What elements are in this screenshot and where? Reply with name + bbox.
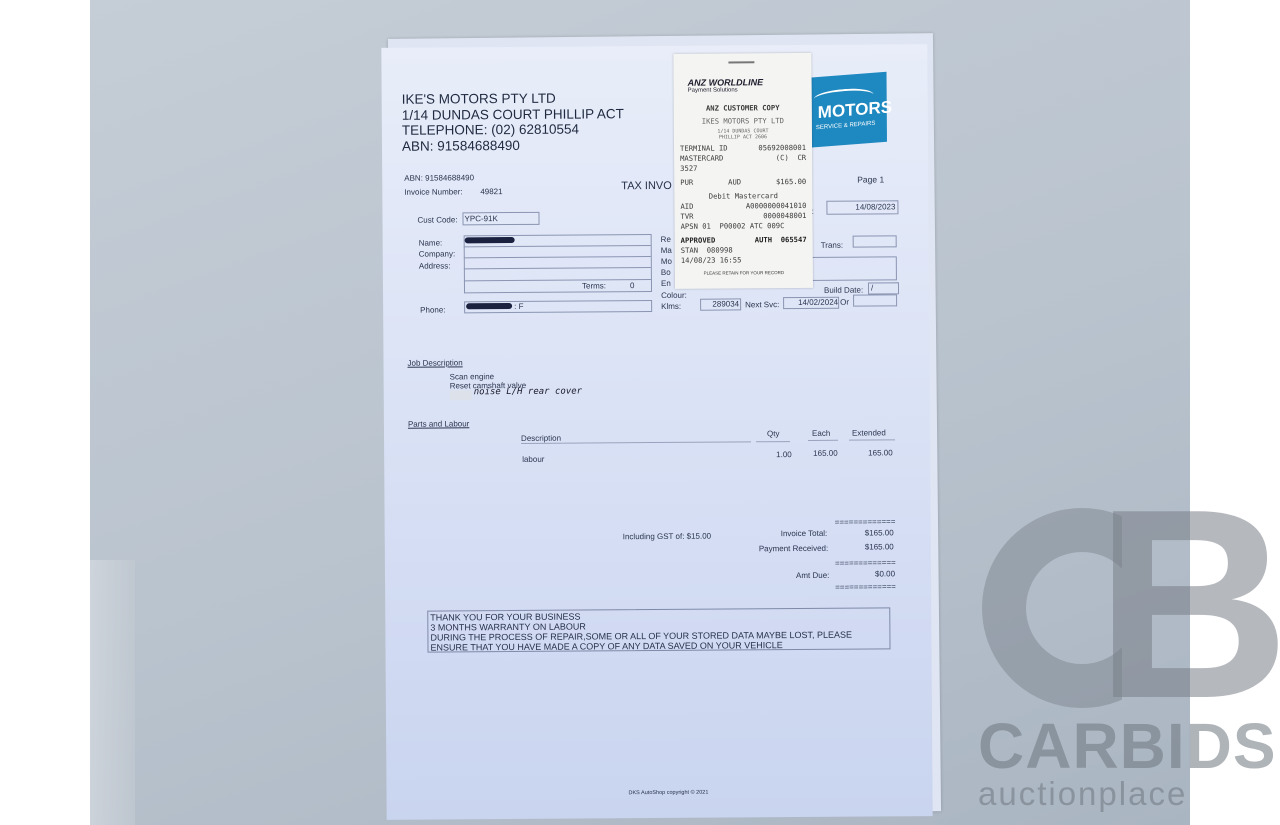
footer-line: ENSURE THAT YOU HAVE MADE A COPY OF ANY … bbox=[430, 639, 887, 652]
company-label: Company: bbox=[419, 249, 456, 258]
invoice-date: 14/08/2023 bbox=[826, 200, 898, 215]
watermark-monogram: B bbox=[1095, 470, 1280, 740]
card-last4: 3527 bbox=[680, 164, 697, 173]
gst-note: Including GST of: $15.00 bbox=[623, 532, 711, 542]
cust-code: YPC-91K bbox=[462, 212, 539, 226]
or-label: Or bbox=[840, 298, 849, 307]
name-label: Name: bbox=[419, 238, 443, 247]
plastic-bag bbox=[90, 560, 135, 825]
card-type: Debit Mastercard bbox=[674, 191, 812, 201]
receipt-merchant: IKES MOTORS PTY LTD bbox=[674, 116, 812, 126]
vehicle-label-make: Ma bbox=[661, 246, 672, 255]
staple-icon bbox=[728, 61, 754, 63]
amt-due: $0.00 bbox=[875, 569, 895, 578]
pur-label: PUR bbox=[680, 178, 693, 187]
company-header: IKE'S MOTORS PTY LTD 1/14 DUNDAS COURT P… bbox=[402, 90, 625, 154]
invoice-number: 49821 bbox=[480, 187, 502, 196]
payment-received-label: Payment Received: bbox=[759, 544, 828, 553]
separator: ============= bbox=[835, 558, 896, 567]
next-svc-date: 14/02/2024 bbox=[783, 297, 839, 309]
redacted-name bbox=[465, 237, 515, 243]
payment-receipt: ANZ WORLDLINE Payment Solutions ANZ CUST… bbox=[673, 53, 813, 289]
terms-label: Terms: bbox=[582, 281, 606, 290]
col-description: Description bbox=[521, 434, 561, 443]
job-line: Scan engine bbox=[450, 372, 495, 381]
separator: ============= bbox=[835, 582, 896, 591]
redacted-phone bbox=[466, 303, 512, 309]
phone-suffix: : F bbox=[514, 302, 523, 311]
footer-notes: THANK YOU FOR YOUR BUSINESS 3 MONTHS WAR… bbox=[427, 607, 890, 652]
terminal-label: TERMINAL ID bbox=[680, 144, 728, 153]
invoice-total: $165.00 bbox=[865, 528, 894, 537]
or-box bbox=[853, 294, 897, 306]
col-each: Each bbox=[812, 429, 830, 438]
col-qty: Qty bbox=[767, 429, 780, 438]
tvr-label: TVR bbox=[680, 212, 693, 221]
kms-label: Klms: bbox=[661, 302, 681, 311]
row-description: labour bbox=[522, 455, 544, 464]
page-number: Page 1 bbox=[857, 174, 884, 184]
colour-label: Colour: bbox=[661, 291, 687, 300]
motors-logo: MOTORS SERVICE & REPAIRS bbox=[812, 72, 887, 148]
aid-value: A0000000041010 bbox=[746, 201, 807, 210]
phone-label: Phone: bbox=[420, 305, 445, 314]
vehicle-label-engine: En bbox=[661, 279, 671, 288]
col-extended: Extended bbox=[852, 428, 886, 437]
logo-text: MOTORS bbox=[818, 97, 892, 123]
copyright: DKS AutoShop copyright © 2021 bbox=[629, 790, 709, 797]
invoice-number-label: Invoice Number: bbox=[404, 187, 462, 196]
build-date: / bbox=[868, 282, 899, 294]
vehicle-label-model: Mo bbox=[661, 257, 672, 266]
vehicle-label-body: Bo bbox=[661, 268, 671, 277]
company-name: IKE'S MOTORS PTY LTD bbox=[402, 90, 624, 107]
abn-small: ABN: 91584688490 bbox=[404, 173, 474, 182]
auth-code: AUTH 065547 bbox=[755, 235, 807, 244]
amt-due-label: Amt Due: bbox=[796, 571, 829, 580]
kms-value: 289034 bbox=[700, 298, 741, 310]
trans-box bbox=[853, 235, 897, 247]
row-extended: 165.00 bbox=[868, 448, 893, 457]
receipt-brand: ANZ WORLDLINE bbox=[688, 77, 764, 88]
invoice-total-label: Invoice Total: bbox=[781, 529, 828, 538]
stan: STAN 080998 bbox=[681, 245, 733, 254]
company-telephone: TELEPHONE: (02) 62810554 bbox=[402, 121, 624, 138]
vehicle-label-rego: Re bbox=[661, 235, 671, 244]
redacted-job-text bbox=[450, 390, 472, 400]
watermark-brand: CARBIDS bbox=[978, 714, 1277, 778]
build-date-label: Build Date: bbox=[824, 286, 863, 295]
card-flags: (C) CR bbox=[776, 153, 806, 162]
receipt-brand-sub: Payment Solutions bbox=[688, 87, 738, 93]
receipt-amount: $165.00 bbox=[776, 177, 806, 186]
vehicle-details-box bbox=[803, 256, 897, 281]
terms-value: 0 bbox=[630, 281, 635, 290]
apsn-line: APSN 01 P00002 ATC 009C bbox=[681, 221, 785, 231]
invoice-title: TAX INVO bbox=[621, 180, 672, 192]
company-abn: ABN: 91584688490 bbox=[402, 137, 624, 154]
separator: ============= bbox=[835, 517, 896, 526]
trans-label: Trans: bbox=[821, 241, 843, 250]
receipt-title: ANZ CUSTOMER COPY bbox=[674, 103, 812, 113]
receipt-merchant-addr2: PHILLIP ACT 2606 bbox=[674, 134, 812, 141]
handwritten-note: noise L/H rear cover bbox=[474, 387, 582, 398]
invoice-document: IKE'S MOTORS PTY LTD 1/14 DUNDAS COURT P… bbox=[381, 44, 932, 820]
receipt-datetime: 14/08/23 16:55 bbox=[681, 255, 742, 264]
card-label: MASTERCARD bbox=[680, 154, 723, 163]
row-qty: 1.00 bbox=[776, 450, 792, 459]
parts-labour-heading: Parts and Labour bbox=[408, 419, 469, 428]
job-description-heading: Job Description bbox=[407, 358, 462, 367]
aid-label: AID bbox=[680, 202, 693, 211]
tvr-value: 0000048001 bbox=[763, 211, 806, 220]
approved-status: APPROVED bbox=[681, 236, 716, 245]
payment-received: $165.00 bbox=[865, 542, 894, 551]
cust-code-label: Cust Code: bbox=[417, 215, 457, 224]
company-address: 1/14 DUNDAS COURT PHILLIP ACT bbox=[402, 106, 624, 123]
row-each: 165.00 bbox=[813, 449, 838, 458]
next-svc-label: Next Svc: bbox=[745, 300, 779, 309]
retain-note: PLEASE RETAIN FOR YOUR RECORD bbox=[675, 270, 813, 276]
currency: AUD bbox=[728, 177, 741, 186]
address-label: Address: bbox=[419, 261, 451, 270]
watermark-tagline: auctionplace bbox=[978, 776, 1187, 812]
terminal-id: 05692008001 bbox=[758, 143, 806, 152]
